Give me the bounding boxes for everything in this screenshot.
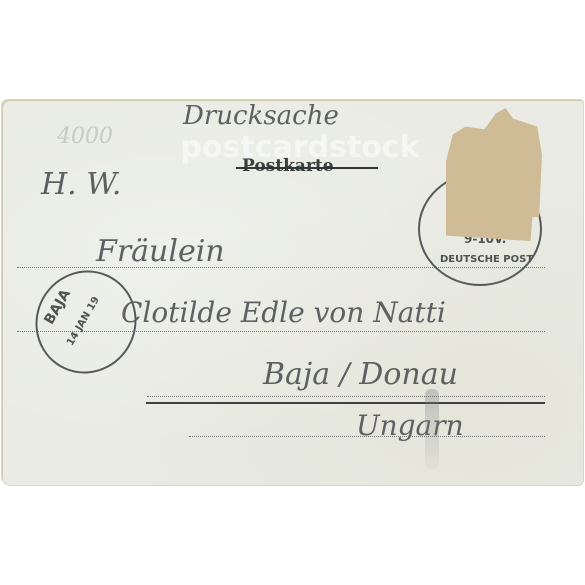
recipient-line-3: Baja / Donau	[263, 357, 458, 392]
address-underline	[146, 402, 545, 404]
note-drucksache: Drucksache	[183, 101, 339, 131]
postmark-left-date: 14 JAN 19	[65, 295, 102, 348]
postmark-left-town: BAJA	[41, 287, 74, 328]
recipient-line-1: Fräulein	[96, 234, 225, 269]
address-line-3	[147, 396, 545, 397]
postmark-right-label: DEUTSCHE POST	[440, 254, 533, 265]
printed-header: Postkarte	[242, 156, 334, 176]
sender-initials: H. W.	[41, 167, 121, 202]
ink-stain	[425, 389, 439, 469]
recipient-line-2: Clotilde Edle von Natti	[121, 296, 446, 329]
address-line-4	[189, 436, 545, 437]
pencil-note: 4000	[57, 124, 113, 149]
header-strikethrough	[236, 167, 378, 169]
recipient-line-4: Ungarn	[356, 409, 464, 442]
